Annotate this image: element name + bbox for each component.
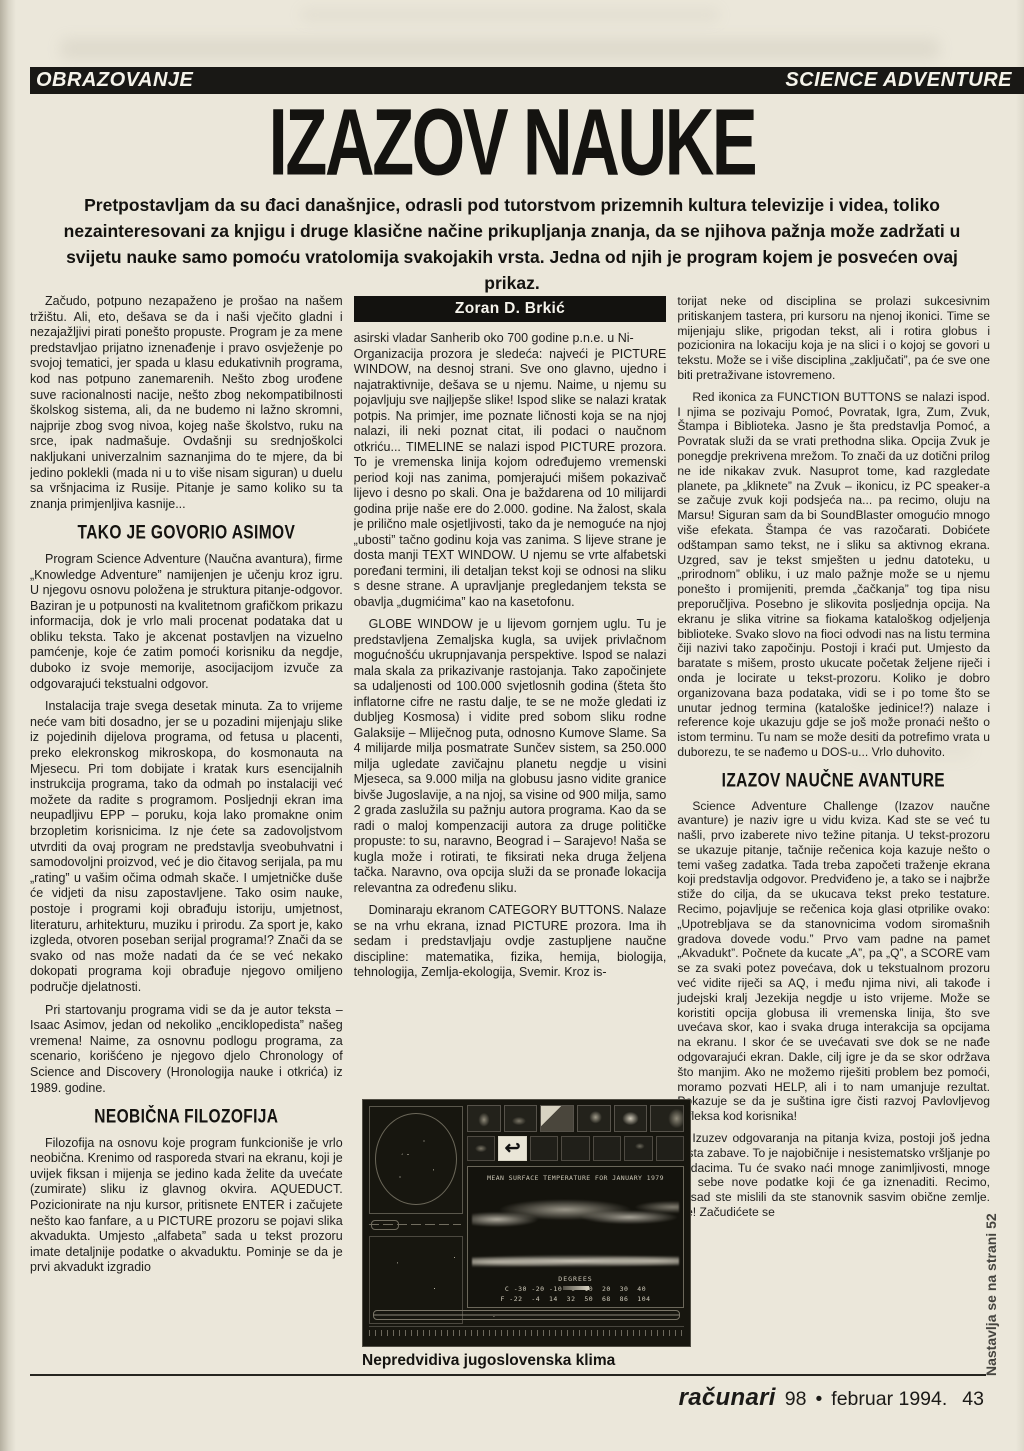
article-lead: Pretpostavljam da su đaci današnjice, od… (36, 192, 988, 296)
function-button-tile (656, 1136, 684, 1161)
timeline-ticks (369, 1326, 684, 1338)
subheading-avantura: IZAZOV NAUČNE AVANTURE (687, 773, 981, 790)
bleed-through (60, 38, 940, 60)
function-buttons: ↩ (467, 1136, 684, 1161)
temperature-band (472, 1251, 679, 1271)
paragraph: Izuzev odgovaranja na pitanja kviza, pos… (677, 1131, 990, 1220)
paragraph: asirski vladar Sanherib oko 700 godine p… (354, 331, 667, 347)
column-right: torijat neke od disciplina se prolazi su… (677, 294, 990, 1370)
paragraph: Organizacija prozora je sledeća: najveći… (354, 347, 667, 611)
magazine-name: računari (679, 1384, 776, 1412)
subheading-asimov: TAKO JE GOVORIO ASIMOV (39, 525, 333, 543)
category-button-tile (504, 1105, 538, 1132)
function-button-tile (624, 1136, 652, 1161)
map-title: MEAN SURFACE TEMPERATURE FOR JANUARY 197… (468, 1174, 683, 1182)
footer-rule (30, 1374, 986, 1376)
globe-icon (375, 1113, 457, 1205)
category-button-tile (650, 1105, 684, 1132)
category-button-tile (467, 1105, 501, 1132)
bleed-through (300, 8, 720, 22)
degrees-label: DEGREES (468, 1275, 683, 1283)
function-button-tile (561, 1136, 589, 1161)
continuation-note: Nastavlja se na strani 52 (983, 1138, 999, 1376)
paragraph: GLOBE WINDOW je u lijevom gornjem uglu. … (354, 617, 667, 896)
column-left: Začudo, potpuno nezapaženo je prošao na … (30, 294, 343, 1366)
paragraph: Začudo, potpuno nezapaženo je prošao na … (30, 294, 343, 512)
color-swatch (563, 1286, 589, 1290)
return-icon: ↩ (498, 1136, 526, 1161)
article-title: IZAZOV NAUKE (113, 92, 912, 191)
paragraph: Program Science Adventure (Naučna avantu… (30, 552, 343, 692)
section-label-right: SCIENCE ADVENTURE (785, 69, 1012, 92)
category-button-tile (577, 1105, 611, 1132)
bullet-separator: • (815, 1388, 822, 1411)
globe-window (369, 1106, 463, 1214)
function-button-tile (530, 1136, 558, 1161)
section-label-left: OBRAZOVANJE (36, 69, 193, 92)
scan-edge (0, 0, 16, 1451)
column-middle: Zoran D. Brkić asirski vladar Sanherib o… (354, 294, 667, 1094)
function-button-tile (593, 1136, 621, 1161)
author-byline: Zoran D. Brkić (354, 296, 667, 322)
subheading-filozofija: NEOBIČNA FILOZOFIJA (39, 1109, 333, 1127)
degrees-scale: DEGREES C -30 -20 -10 0 10 20 30 40 F -2… (468, 1275, 683, 1303)
screenshot-caption: Nepredvidiva jugoslovenska klima (362, 1352, 615, 1370)
paragraph: Red ikonica za FUNCTION BUTTONS se nalaz… (677, 390, 990, 760)
paragraph: Instalacija traje svega desetak minuta. … (30, 699, 343, 995)
magazine-page: OBRAZOVANJE SCIENCE ADVENTURE IZAZOV NAU… (0, 0, 1024, 1451)
fahrenheit-row: F -22 -4 14 32 50 68 86 104 (468, 1295, 683, 1303)
scan-edge (1016, 0, 1024, 1451)
category-buttons (467, 1105, 684, 1132)
paragraph: Pri startovanju programa vidi se da je a… (30, 1003, 343, 1097)
paragraph: Science Adventure Challenge (Izazov nauč… (677, 799, 990, 1125)
distance-scale (369, 1218, 461, 1231)
issue-number: 98 (785, 1388, 807, 1411)
temperature-band (472, 1193, 679, 1237)
page-footer: računari 98 • februar 1994. 43 (679, 1384, 984, 1412)
issue-date: februar 1994. (831, 1388, 947, 1411)
paragraph: Filozofija na osnovu koje program funkci… (30, 1136, 343, 1276)
category-button-tile (614, 1105, 648, 1132)
category-button-tile (540, 1105, 574, 1132)
timeline-slider (373, 1310, 680, 1320)
picture-window: MEAN SURFACE TEMPERATURE FOR JANUARY 197… (467, 1166, 684, 1308)
page-number: 43 (962, 1388, 984, 1411)
paragraph: torijat neke od disciplina se prolazi su… (677, 294, 990, 383)
program-screenshot: ↩ MEAN SURFACE TEMPERATURE FOR JANUARY 1… (362, 1099, 691, 1347)
function-button-tile (467, 1136, 495, 1161)
paragraph: Dominaraju ekranom CATEGORY BUTTONS. Nal… (354, 903, 667, 981)
